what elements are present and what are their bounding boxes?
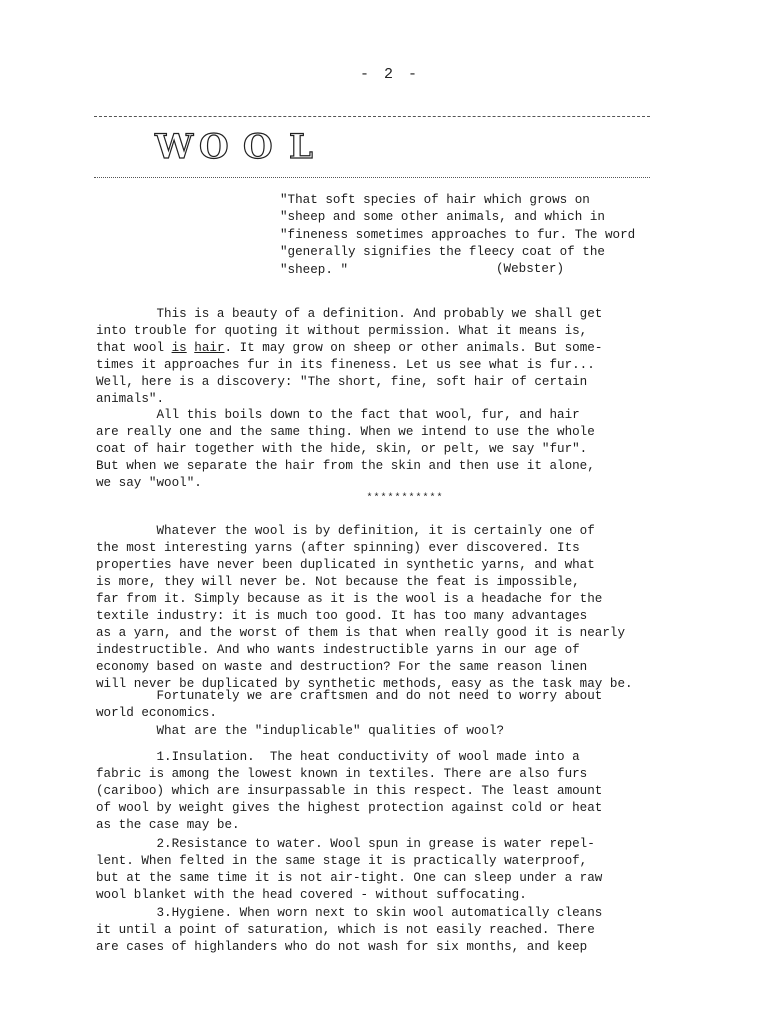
underlined-is: is (172, 341, 187, 355)
text-line: lent. When felted in the same stage it i… (96, 853, 696, 870)
text-line: 3.Hygiene. When worn next to skin wool a… (96, 905, 696, 922)
title-letter: O (199, 128, 227, 166)
text-line: animals". (96, 391, 696, 408)
text-fragment: that wool (96, 341, 172, 355)
page-title: W O O L (155, 128, 315, 166)
text-line: is more, they will never be. Not because… (96, 574, 696, 591)
title-letter: W (155, 128, 183, 166)
text-line: are cases of highlanders who do not wash… (96, 939, 696, 956)
underlined-hair: hair (194, 341, 224, 355)
text-line: All this boils down to the fact that woo… (96, 407, 696, 424)
text-line: Fortunately we are craftsmen and do not … (96, 688, 696, 705)
paragraph-water-resistance: 2.Resistance to water. Wool spun in grea… (96, 836, 696, 904)
paragraph-definition: This is a beauty of a definition. And pr… (96, 306, 696, 408)
text-line: times it approaches fur in its fineness.… (96, 357, 696, 374)
text-fragment: . It may grow on sheep or other animals.… (225, 341, 603, 355)
text-line: far from it. Simply because as it is the… (96, 591, 696, 608)
quote-line: "fineness sometimes approaches to fur. T… (280, 227, 680, 244)
text-line: are really one and the same thing. When … (96, 424, 696, 441)
text-line: world economics. (96, 705, 696, 722)
text-line: as a yarn, and the worst of them is that… (96, 625, 696, 642)
text-line: wool blanket with the head covered - wit… (96, 887, 696, 904)
text-line: 2.Resistance to water. Wool spun in grea… (96, 836, 696, 853)
text-line: into trouble for quoting it without perm… (96, 323, 696, 340)
quote-line: "That soft species of hair which grows o… (280, 192, 680, 209)
text-line: as the case may be. (96, 817, 696, 834)
paragraph-insulation: 1.Insulation. The heat conductivity of w… (96, 749, 696, 834)
section-separator: *********** (0, 493, 780, 504)
text-line: But when we separate the hair from the s… (96, 458, 696, 475)
page-number: - 2 - (0, 66, 780, 83)
text-line: of wool by weight gives the highest prot… (96, 800, 696, 817)
text-line: coat of hair together with the hide, ski… (96, 441, 696, 458)
quote-attribution: (Webster) (496, 262, 564, 276)
paragraph-craftsmen: Fortunately we are craftsmen and do not … (96, 688, 696, 722)
text-line: indestructible. And who wants indestruct… (96, 642, 696, 659)
text-line: fabric is among the lowest known in text… (96, 766, 696, 783)
quote-line: "generally signifies the fleecy coat of … (280, 244, 680, 261)
text-line: This is a beauty of a definition. And pr… (96, 306, 696, 323)
quote-line: "sheep. " (280, 262, 680, 279)
bottom-rule (94, 177, 650, 178)
webster-quote: "That soft species of hair which grows o… (280, 192, 680, 279)
paragraph-interesting-yarn: Whatever the wool is by definition, it i… (96, 523, 696, 693)
text-line: textile industry: it is much too good. I… (96, 608, 696, 625)
text-line: properties have never been duplicated in… (96, 557, 696, 574)
text-line: (cariboo) which are insurpassable in thi… (96, 783, 696, 800)
paragraph-question: What are the "induplicable" qualities of… (96, 723, 696, 740)
text-line: 1.Insulation. The heat conductivity of w… (96, 749, 696, 766)
paragraph-hygiene: 3.Hygiene. When worn next to skin wool a… (96, 905, 696, 956)
text-line: What are the "induplicable" qualities of… (96, 723, 696, 740)
text-line: Well, here is a discovery: "The short, f… (96, 374, 696, 391)
text-line: Whatever the wool is by definition, it i… (96, 523, 696, 540)
title-letter: O (243, 128, 271, 166)
title-letter: L (287, 128, 315, 166)
paragraph-wool-fur-hair: All this boils down to the fact that woo… (96, 407, 696, 492)
text-line: economy based on waste and destruction? … (96, 659, 696, 676)
text-line: it until a point of saturation, which is… (96, 922, 696, 939)
text-line: but at the same time it is not air-tight… (96, 870, 696, 887)
text-line: the most interesting yarns (after spinni… (96, 540, 696, 557)
quote-line: "sheep and some other animals, and which… (280, 209, 680, 226)
text-line: that wool is hair. It may grow on sheep … (96, 340, 696, 357)
text-line: we say "wool". (96, 475, 696, 492)
top-rule (94, 116, 650, 117)
